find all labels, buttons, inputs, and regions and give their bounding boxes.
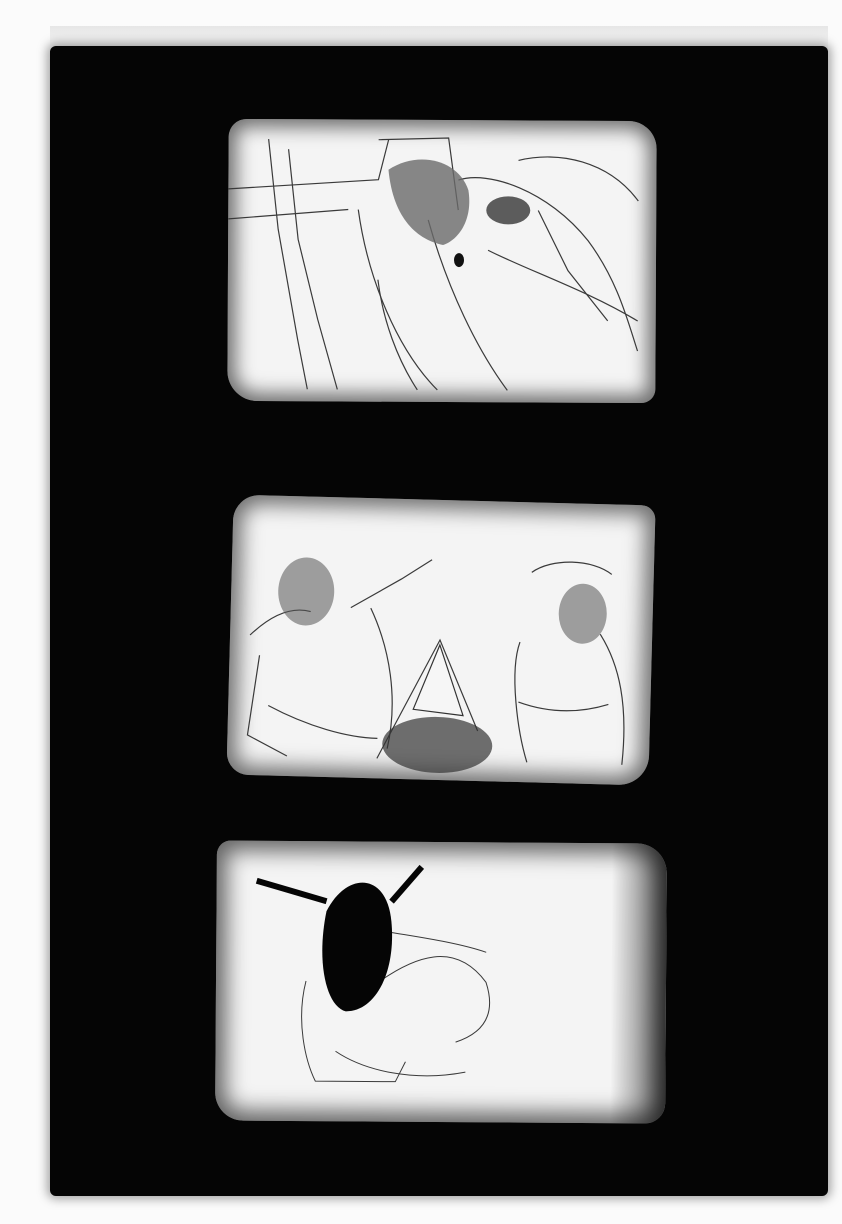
panel-2-sketch bbox=[226, 495, 655, 786]
dark-hair-shape bbox=[388, 159, 469, 245]
panel-3-sketch bbox=[215, 840, 667, 1123]
panel-1-sketch bbox=[227, 119, 656, 403]
panel-3 bbox=[215, 840, 667, 1123]
panel-1 bbox=[227, 119, 656, 403]
panel-2 bbox=[226, 495, 655, 786]
